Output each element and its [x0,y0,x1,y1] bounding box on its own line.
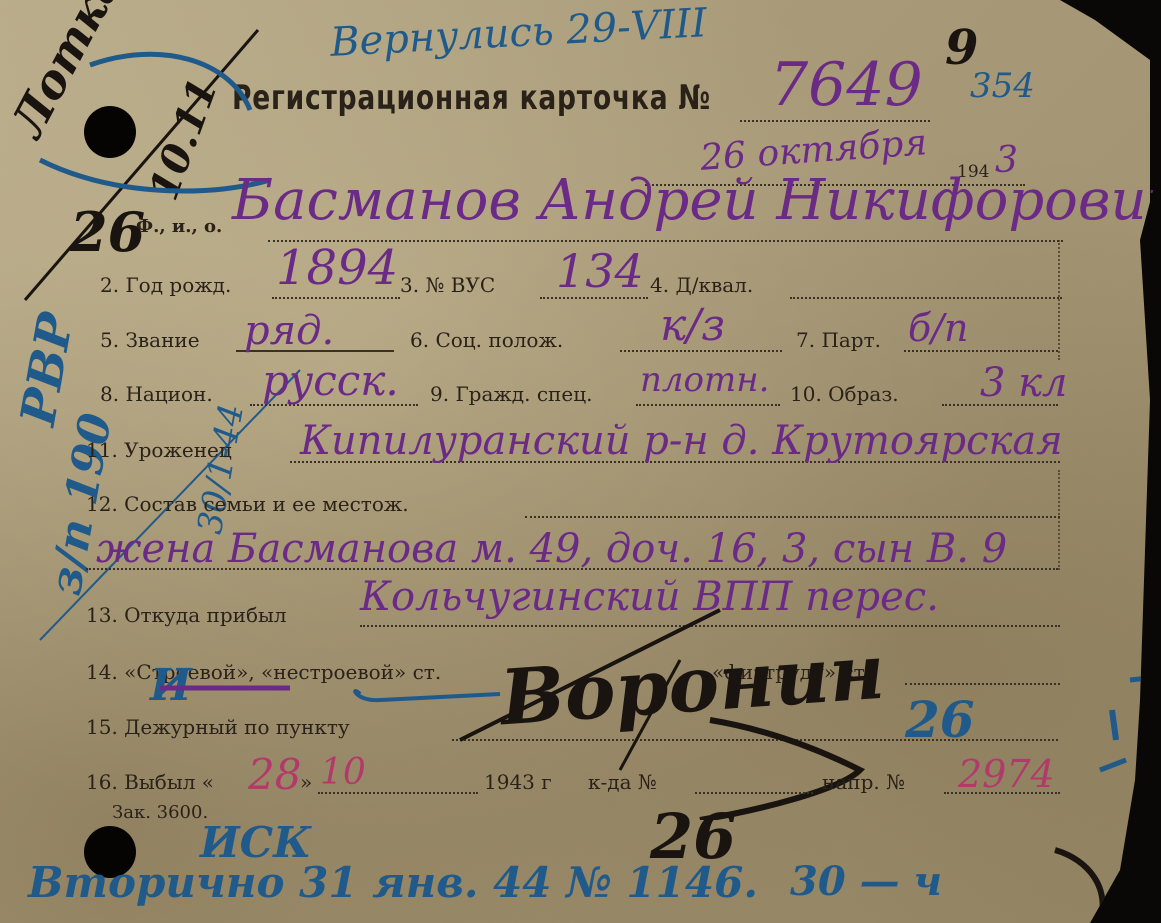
bottom-note-repeat: Вторично 31 янв. 44 № 1146. [28,858,758,907]
label-vus: 3. № ВУС [400,273,495,297]
bottom-right-stroke [1050,840,1130,920]
birth-year-line [272,297,400,299]
right-blue-number: 26 [905,690,975,749]
value-fio: Басманов Андрей Никифорович [232,168,1161,233]
value-departed-day: 28 [248,750,301,799]
value-social: к/з [660,300,725,351]
label-departed-year: 1943 г [484,770,552,794]
value-civil-spec: плотн. [640,360,769,400]
form-frame-line [1058,240,1060,360]
right-blue-bracket [1080,660,1150,780]
dkval-line [790,297,1062,299]
label-family: 12. Состав семьи и ее местож. [86,492,409,516]
label-duty-officer: 15. Дежурный по пункту [86,715,350,739]
value-departed-month: 10 [320,752,366,793]
form-frame-line [1058,470,1060,570]
value-direction-number: 2974 [958,752,1055,796]
label-nationality: 8. Национ. [100,382,213,406]
departed-close-quote: » [300,770,312,794]
registration-card: Вернулись 29-VIII Регистрационная карточ… [0,0,1150,923]
label-party: 7. Парт. [796,328,881,352]
value-nationality: русск. [262,356,399,405]
top-right-blue-number: 354 [970,66,1035,106]
card-number-line [740,120,930,122]
value-education: 3 кл [980,360,1068,406]
label-civil-spec: 9. Гражд. спец. [430,382,592,406]
civil-spec-line [636,404,780,406]
label-social: 6. Соц. полож. [410,328,563,352]
top-note: Вернулись 29-VIII [329,0,708,66]
label-dkval: 4. Д/квал. [650,273,753,297]
label-direction-number: напр. № [822,770,905,794]
value-party: б/п [908,306,968,350]
label-departed: 16. Выбыл « [86,770,214,794]
label-arrived-from: 13. Откуда прибыл [86,603,287,627]
bottom-note-tail: 30 — ч [790,858,942,905]
label-unit-number: к-да № [588,770,657,794]
margin-strike-line [0,0,300,320]
label-education: 10. Образ. [790,382,899,406]
label-rank: 5. Звание [100,328,200,352]
party-line [904,350,1058,352]
value-rank: ряд. [244,308,334,354]
service-fitness-line [905,683,1060,685]
value-native-of: Кипилуранский р-н д. Крутоярская [300,418,1063,464]
label-birth-year: 2. Год рожд. [100,273,231,297]
label-fio: Ф., и., о. [136,216,222,237]
value-vus: 134 [556,244,644,298]
print-order-number: Зак. 3600. [112,802,208,823]
family-line-1 [525,516,1060,518]
value-family: жена Басманова м. 49, доч. 16, 3, сын В.… [96,526,1007,572]
unit-number-line [695,792,813,794]
card-title: Регистрационная карточка № [232,78,711,118]
value-birth-year: 1894 [276,240,398,296]
card-number: 7649 [770,50,923,120]
label-native-of: 11. Уроженец [86,438,232,462]
